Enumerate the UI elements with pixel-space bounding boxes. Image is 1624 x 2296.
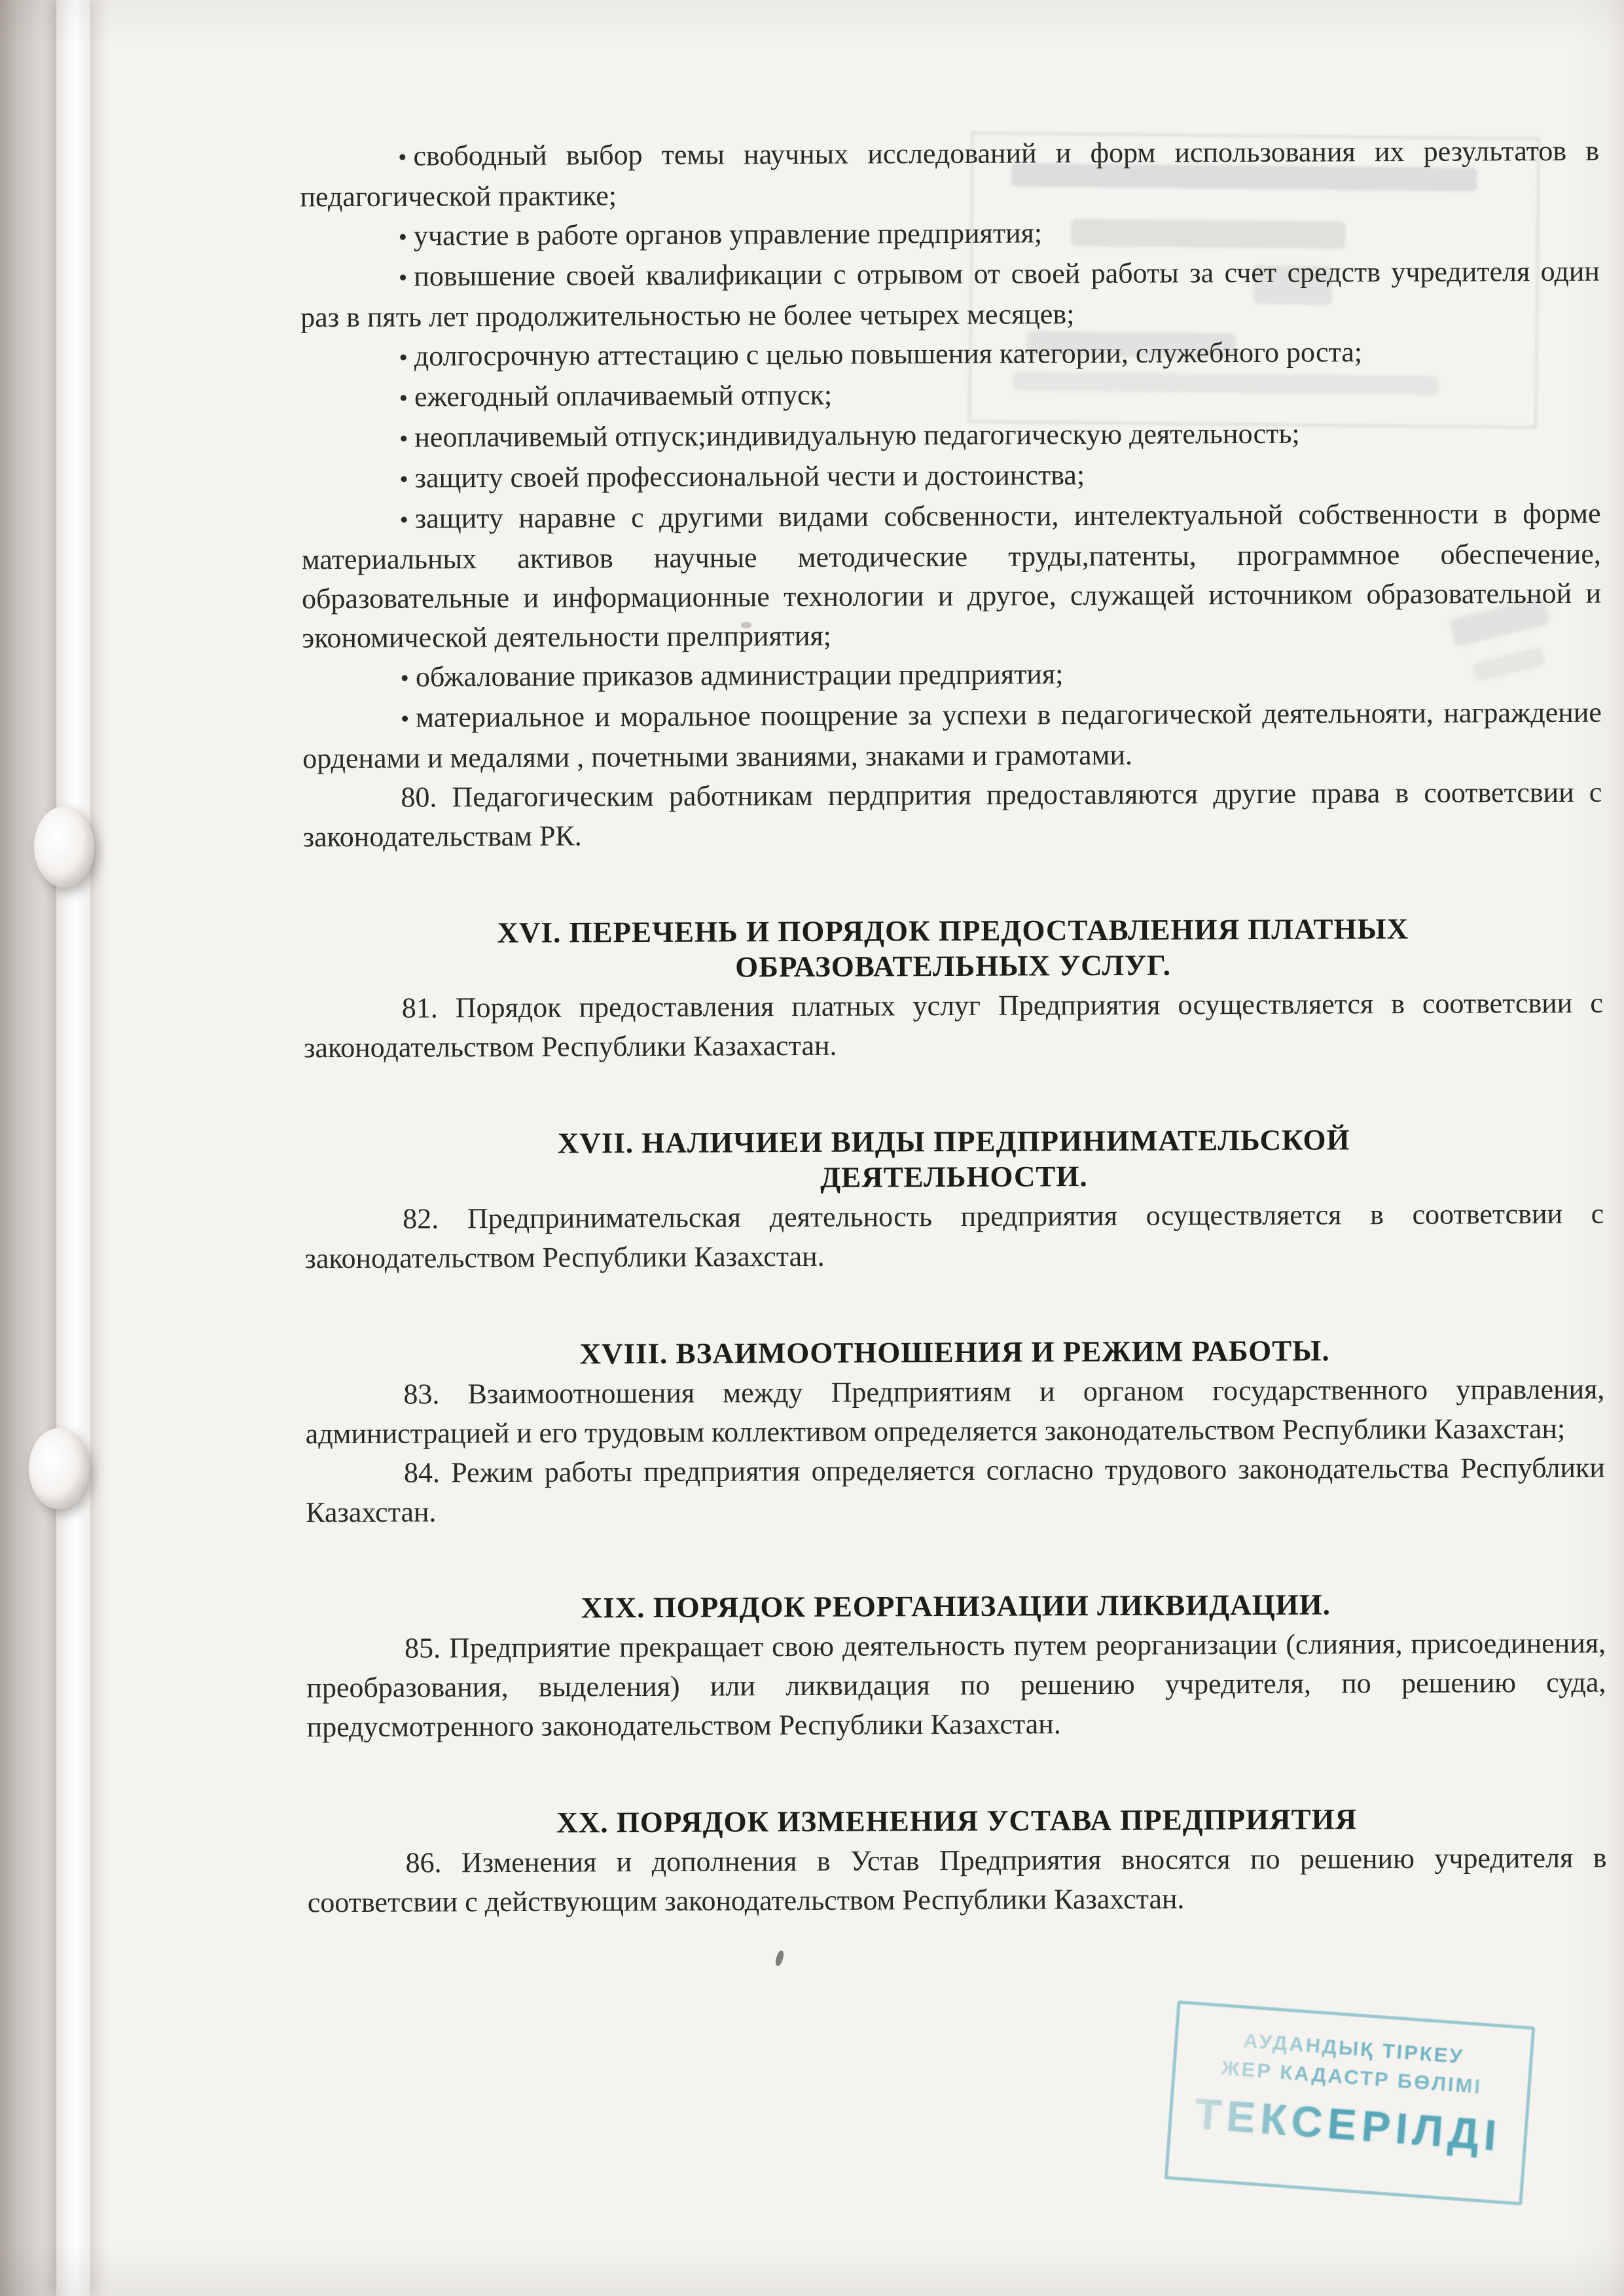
- document-body: •свободный выбор темы научных исследован…: [300, 132, 1607, 1923]
- paragraph-85: 85. Предприятие прекращает свою деятельн…: [306, 1624, 1606, 1748]
- bullet-item: •долгосрочную аттестацию с целью повышен…: [300, 332, 1600, 378]
- bullet-icon: •: [399, 264, 414, 292]
- bullet-item: •защиту своей профессиональной чести и д…: [301, 454, 1600, 500]
- bullet-icon: •: [399, 507, 414, 534]
- bullet-text: защиту своей профессиональной чести и до…: [414, 459, 1085, 493]
- bullet-item: •защиту наравне с другими видами собсвен…: [301, 494, 1601, 658]
- bullet-text: обжалование приказов администрации предп…: [416, 658, 1064, 692]
- bullet-icon: •: [399, 344, 414, 372]
- bullet-icon: •: [401, 706, 416, 733]
- binder-bump: [34, 806, 94, 888]
- verification-stamp: АУДАНДЫҚ ТІРКЕУ ЖЕР КАДАСТР БӨЛІМІ ТЕКСЕ…: [1164, 2000, 1536, 2205]
- bullet-text: ежегодный оплачиваемый отпуск;: [414, 379, 832, 413]
- bullet-icon: •: [399, 466, 414, 493]
- paper-speck: [774, 1950, 785, 1967]
- bullet-text: неоплачивемый отпуск;индивидуальную педа…: [414, 418, 1300, 454]
- binder-bump: [29, 1428, 89, 1509]
- heading-line: XVII. НАЛИЧИЕИ ВИДЫ ПРЕДПРИНИМАТЕЛЬСКОЙ: [304, 1121, 1604, 1162]
- heading-line: XVIII. ВЗАИМООТНОШЕНИЯ И РЕЖИМ РАБОТЫ.: [305, 1332, 1604, 1373]
- bullet-icon: •: [399, 385, 414, 412]
- bullet-item: •свободный выбор темы научных исследован…: [300, 132, 1600, 217]
- heading-line: ОБРАЗОВАТЕЛЬНЫХ УСЛУГ.: [303, 946, 1602, 987]
- bullet-text: долгосрочную аттестацию с целью повышени…: [414, 336, 1363, 372]
- bullet-item: •участие в работе органов управление пре…: [300, 211, 1600, 258]
- bullet-icon: •: [401, 665, 416, 692]
- paragraph-84: 84. Режим работы предприятия определяетс…: [306, 1448, 1606, 1533]
- bullet-icon: •: [398, 144, 413, 171]
- bullet-text: свободный выбор темы научных исследовани…: [300, 135, 1599, 213]
- section-heading-xx: XX. ПОРЯДОК ИЗМЕНЕНИЯ УСТАВА ПРЕДПРИЯТИЯ: [307, 1801, 1606, 1842]
- heading-line: XIX. ПОРЯДОК РЕОРГАНИЗАЦИИ ЛИКВИДАЦИИ.: [306, 1586, 1606, 1627]
- bullet-item: •неоплачивемый отпуск;индивидуальную пед…: [301, 413, 1600, 459]
- heading-line: XX. ПОРЯДОК ИЗМЕНЕНИЯ УСТАВА ПРЕДПРИЯТИЯ: [307, 1801, 1606, 1842]
- paragraph-82: 82. Предпринимательская деятельность пре…: [304, 1194, 1604, 1279]
- bullet-item: •ежегодный оплачиваемый отпуск;: [301, 372, 1600, 419]
- bullet-text: защиту наравне с другими видами собсвенн…: [302, 497, 1601, 655]
- paragraph-83: 83. Взаимоотношения между Предприятиям и…: [305, 1370, 1605, 1454]
- bullet-icon: •: [399, 425, 414, 453]
- bullet-item: •материальное и моральное поощрение за у…: [302, 693, 1602, 779]
- paragraph-80: 80. Педагогическим работникам пердпрития…: [302, 773, 1602, 857]
- paragraph-86: 86. Изменения и дополнения в Устав Предп…: [307, 1839, 1607, 1923]
- fold-crease: [56, 0, 90, 2296]
- paragraph-81: 81. Порядок предоставления платных услуг…: [304, 984, 1604, 1068]
- section-heading-xvi: XVI. ПЕРЕЧЕНЬ И ПОРЯДОК ПРЕДОСТАВЛЕНИЯ П…: [303, 910, 1602, 987]
- section-heading-xviii: XVIII. ВЗАИМООТНОШЕНИЯ И РЕЖИМ РАБОТЫ.: [305, 1332, 1604, 1373]
- bullet-icon: •: [399, 224, 414, 251]
- bullet-text: материальное и моральное поощрение за ус…: [302, 696, 1602, 775]
- section-heading-xvii: XVII. НАЛИЧИЕИ ВИДЫ ПРЕДПРИНИМАТЕЛЬСКОЙ …: [304, 1121, 1604, 1198]
- bullet-text: повышение своей квалификации с отрывом о…: [300, 255, 1600, 334]
- heading-line: XVI. ПЕРЕЧЕНЬ И ПОРЯДОК ПРЕДОСТАВЛЕНИЯ П…: [303, 910, 1602, 952]
- scanned-document-page: •свободный выбор темы научных исследован…: [0, 0, 1624, 2296]
- bullet-item: •обжалование приказов администрации пред…: [302, 653, 1601, 699]
- bullet-item: •повышение своей квалификации с отрывом …: [300, 252, 1600, 338]
- heading-line: ДЕЯТЕЛЬНОСТИ.: [304, 1157, 1604, 1198]
- bullet-text: участие в работе органов управление пред…: [414, 217, 1042, 251]
- section-heading-xix: XIX. ПОРЯДОК РЕОРГАНИЗАЦИИ ЛИКВИДАЦИИ.: [306, 1586, 1606, 1627]
